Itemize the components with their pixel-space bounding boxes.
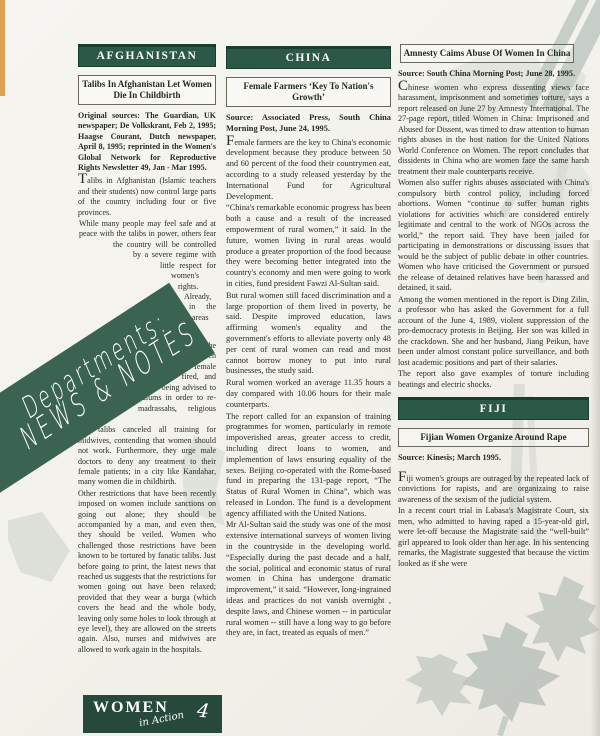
- women-in-action-logo: WOMEN in Action 4: [83, 695, 222, 733]
- section-header-china: CHINA: [226, 46, 391, 69]
- column-china: CHINA Female Farmers ‘Key To Nation's Gr…: [226, 46, 391, 640]
- article-paragraph: But rural women still faced discriminati…: [226, 291, 391, 377]
- article-paragraph: Female farmers are the key to China's ec…: [226, 136, 391, 203]
- article-paragraph: The report also gave examples of torture…: [398, 369, 589, 390]
- source-afghanistan: Original sources: The Guardian, UK newsp…: [78, 111, 216, 173]
- page-number: 4: [196, 699, 211, 722]
- article-paragraph: Among the women mentioned in the report …: [398, 295, 589, 369]
- article-paragraph: Talibs in Afghanistan (Islamic teachers …: [78, 174, 216, 218]
- article-paragraph: In a recent court trial in Labasa's Magi…: [398, 506, 589, 569]
- article-paragraph: Fiji women's groups are outraged by the …: [398, 472, 589, 506]
- article-paragraph: The report called for an expansion of tr…: [226, 412, 391, 520]
- page-edge-strip: [0, 0, 5, 96]
- article-paragraph: Women also suffer rights abuses associat…: [398, 178, 589, 294]
- source-china: Source: Associated Press, South China Mo…: [226, 113, 391, 135]
- column-amnesty-fiji: Amnesty Caims Abuse Of Women In China So…: [398, 44, 589, 736]
- newsletter-page: Departments: NEWS & NOTES AFGHANISTAN Ta…: [0, 0, 600, 736]
- headline-fiji: Fijian Women Organize Around Rape: [398, 428, 589, 447]
- headline-afghanistan: Talibs In Afghanistan Let Women Die In C…: [78, 75, 216, 105]
- article-paragraph: Mr Al-Sultan said the study was one of t…: [226, 520, 391, 639]
- article-paragraph: Other restrictions that have been recent…: [78, 489, 216, 656]
- decorative-blob-icon: [8, 512, 70, 582]
- article-paragraph: “China's remarkable economic progress ha…: [226, 203, 391, 289]
- section-header-afghanistan: AFGHANISTAN: [78, 44, 216, 67]
- source-amnesty: Source: South China Morning Post; June 2…: [398, 69, 589, 80]
- source-fiji: Source: Kinesis; March 1995.: [398, 453, 589, 464]
- article-paragraph: Rural women worked an average 11.35 hour…: [226, 378, 391, 410]
- article-paragraph: The talibs canceled all training for mid…: [78, 425, 216, 487]
- article-paragraph: Chinese women who express dissenting vie…: [398, 81, 589, 178]
- headline-china: Female Farmers ‘Key To Nation's Growth’: [226, 77, 391, 107]
- section-header-fiji: FIJI: [398, 397, 589, 420]
- headline-amnesty: Amnesty Caims Abuse Of Women In China: [400, 44, 574, 63]
